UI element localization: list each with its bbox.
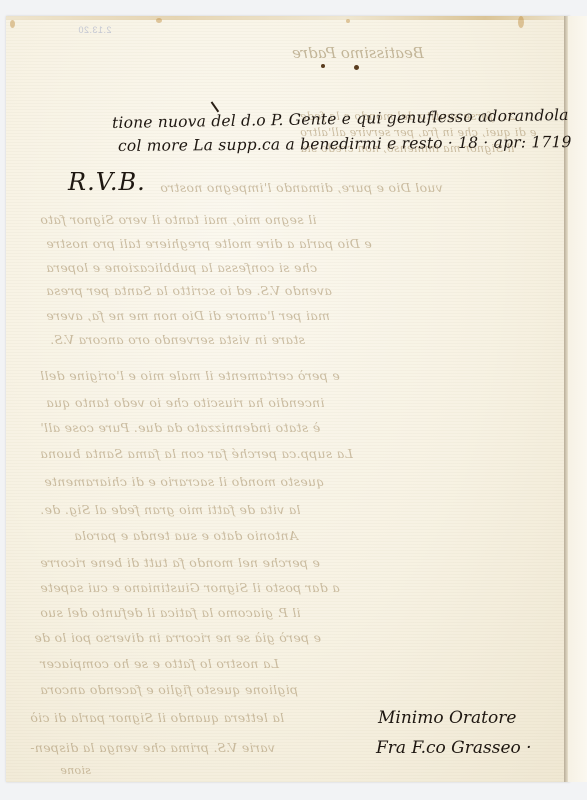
bleed-through-line: e perche nel mondo fa tutt di bene ricor… — [40, 555, 320, 570]
bleed-through-line: questo mondo il sacrario e di chiarament… — [44, 474, 324, 489]
bleed-through-line: è stato indennizzato da due. Pure cose a… — [40, 420, 320, 435]
bleed-through-line: La supp.ca perché far con la fama Santa … — [40, 446, 353, 461]
scan-background: 2.13.20 Beatissimo Padre 2. . forse sent… — [0, 0, 587, 800]
bleed-through-line: che si confessa la pubblicazione e loper… — [46, 260, 317, 275]
bleed-through-line: incendio ha riuscito che io vedo tanto q… — [46, 395, 324, 410]
bleed-through-line: La nostro lo fatto e se ho compiacer — [40, 656, 279, 671]
ink-dot — [354, 65, 359, 70]
back-page-edge — [568, 16, 587, 782]
foxing-stain — [10, 20, 15, 28]
foxing-stain — [346, 19, 350, 23]
signature: Fra F.co Grasseo · — [376, 738, 532, 758]
bleed-through-line: avendo V.S. ed io scritto la Santa per p… — [46, 283, 332, 298]
bleed-through-line: mai per l'amore di Dio non me ne fa, ave… — [46, 308, 330, 323]
bleed-through-line: varie V.S. prima che venga la dispen- — [30, 740, 275, 755]
foxing-stain — [518, 16, 524, 28]
bleed-through-line: a dar posto il Signor Giustiniano e cui … — [40, 580, 340, 595]
bleed-through-line: il P. giacomo la fatica il defunto del s… — [40, 605, 301, 620]
bleed-through-line: piglione questo figlio e facendo ancora — [40, 682, 298, 697]
salutation: R.V.B. — [68, 168, 146, 196]
bleed-through-line: e però già se ne ricorra in diverso poi … — [34, 630, 321, 645]
bleed-through-line: e però certamente il male mio e l'origin… — [40, 368, 340, 383]
bleed-through-line: la lettera quando il Signor parla di ciò — [30, 710, 284, 725]
header-mark: Beatissimo Padre — [292, 44, 424, 62]
bleed-through-line: stare in vista servendo oro ancora V.S. — [50, 332, 305, 347]
closing-line-1: Minimo Oratore — [378, 708, 516, 728]
bleed-through-line: e Dio parla a dire molte preghiere tali … — [46, 236, 372, 251]
bleed-through-line: vuol Dio e pure, dimando l'impegno nostr… — [160, 180, 443, 195]
bleed-through-line: Antonio dato e sua tenda e parola — [74, 528, 298, 543]
bleed-through-line: sione — [60, 764, 91, 777]
ink-dot — [321, 64, 325, 68]
bleed-through-line: il segno mio, mai tanto il vero Signor f… — [40, 212, 317, 227]
foxing-stain — [156, 18, 162, 23]
archive-stamp: 2.13.20 — [78, 25, 112, 35]
bleed-through-line: la vita de fatti mio gran fede al Sig. d… — [40, 502, 301, 517]
